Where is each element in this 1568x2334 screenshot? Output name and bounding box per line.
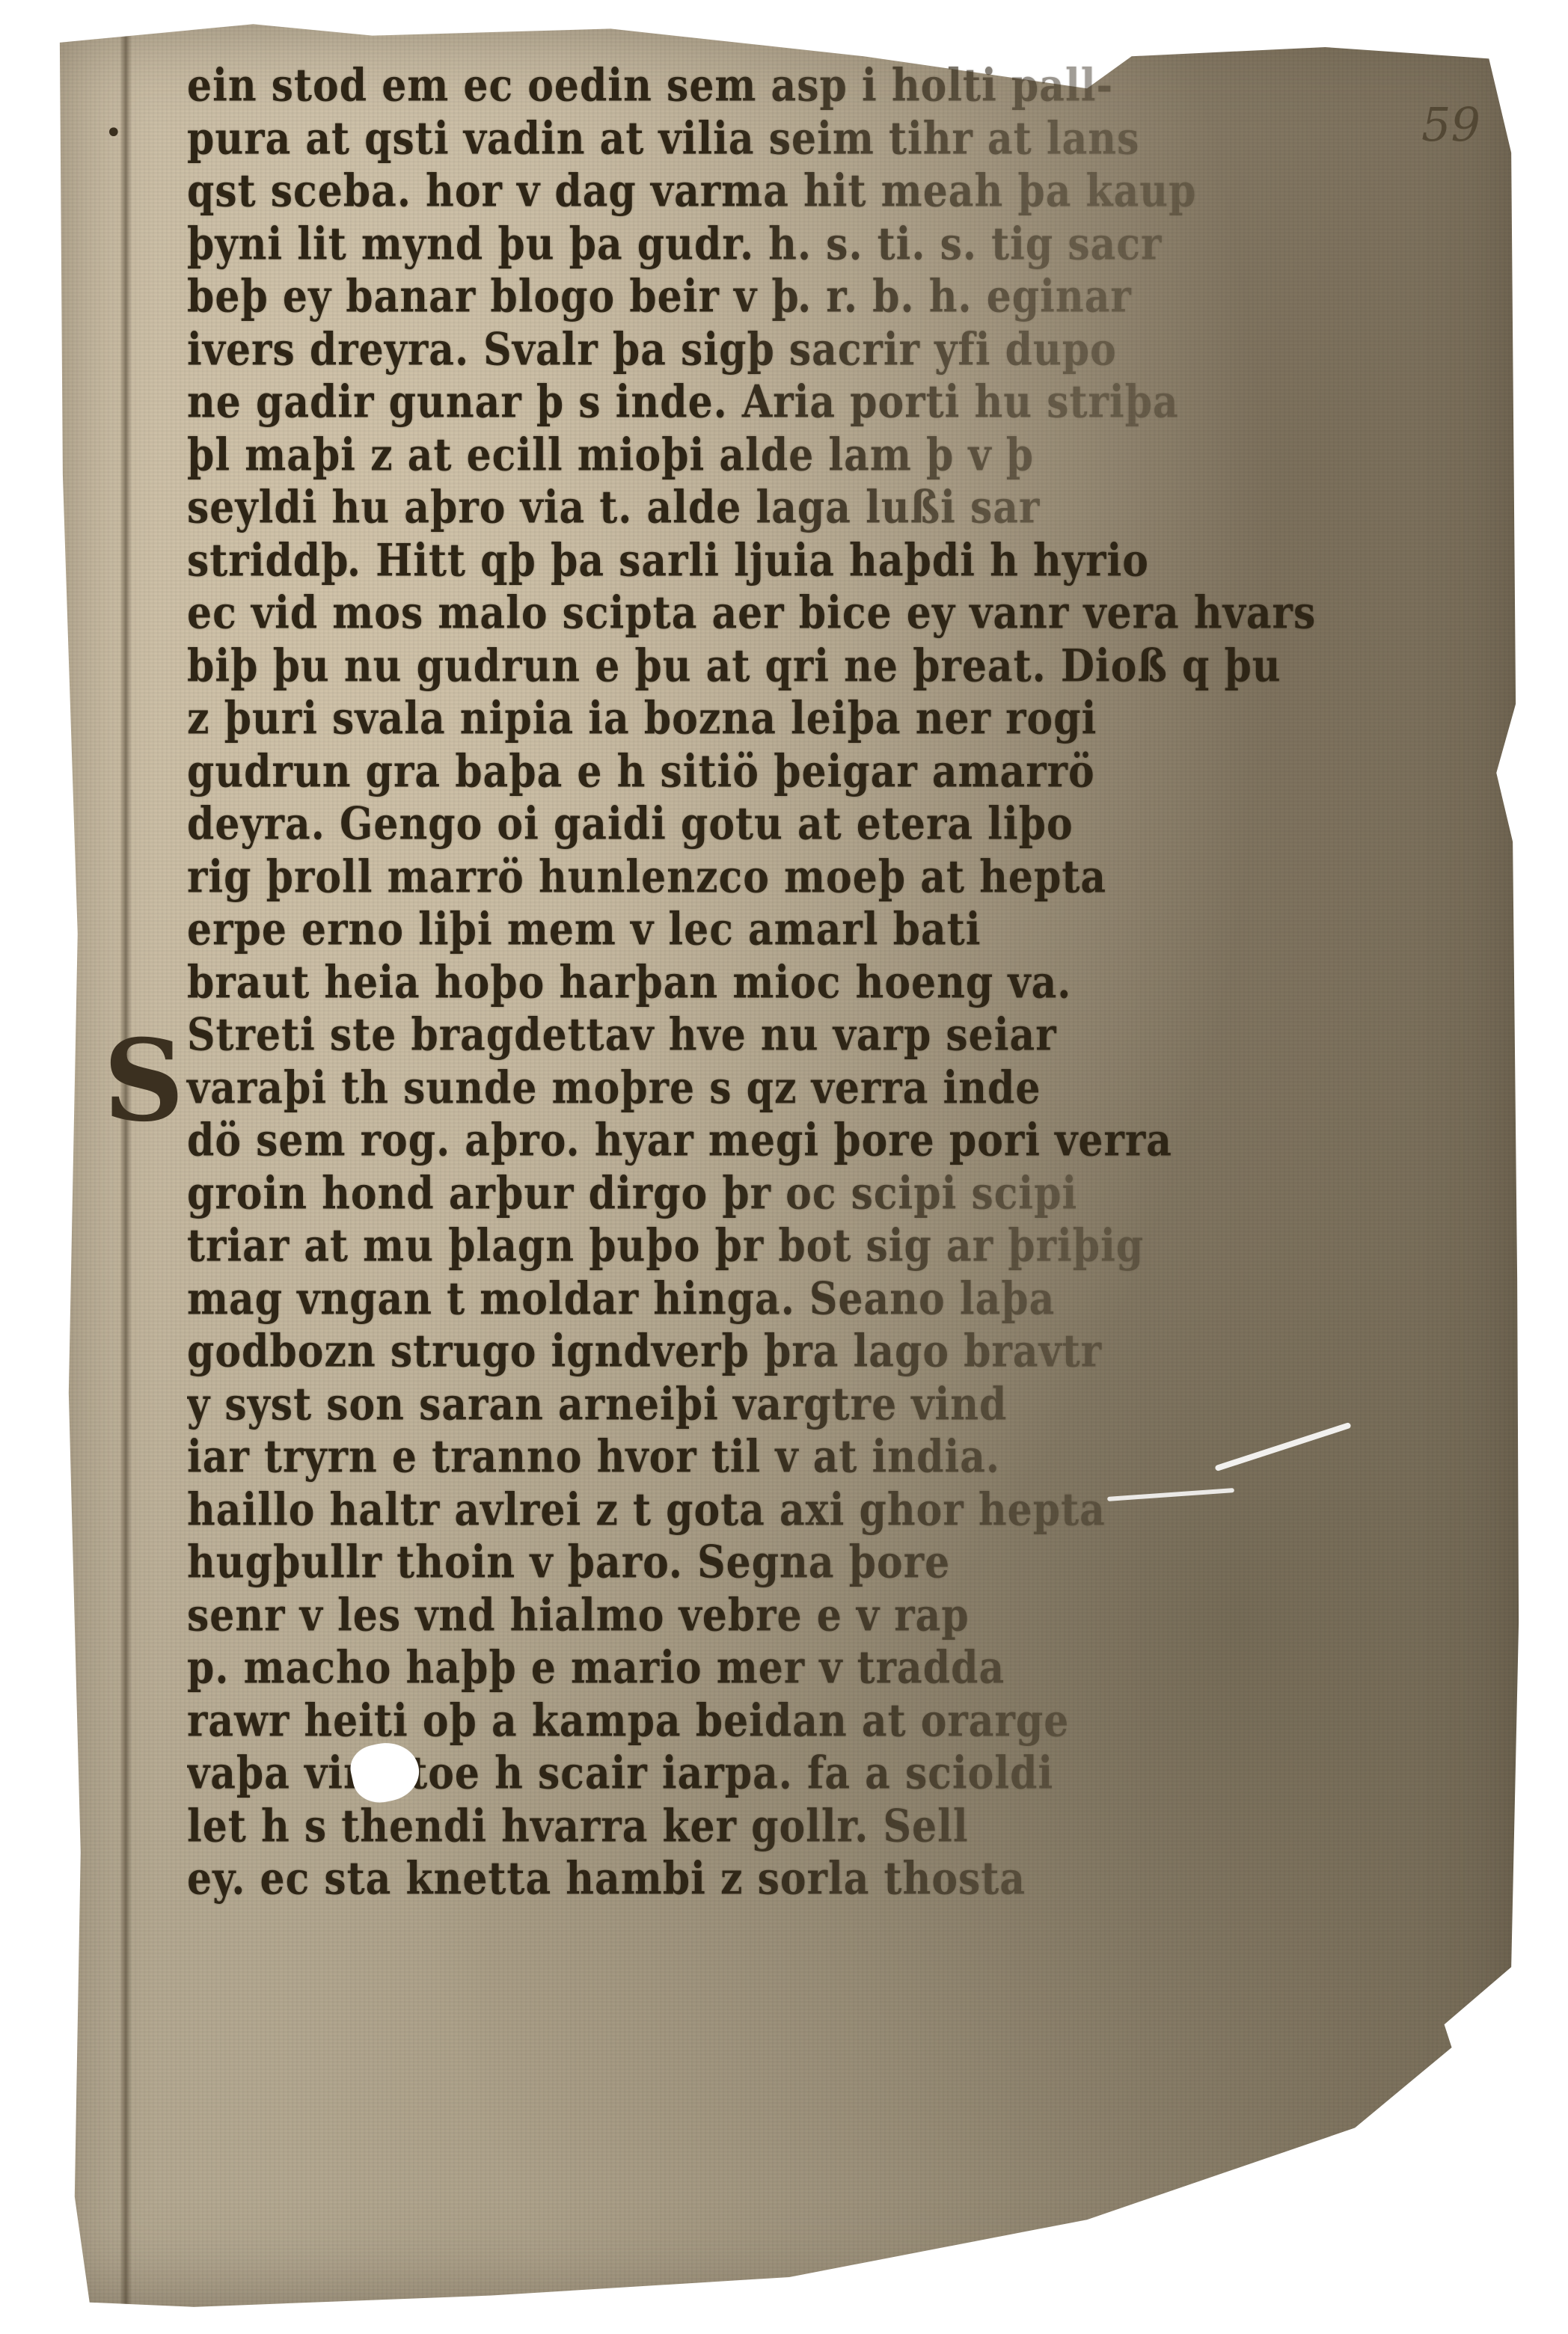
text-line: p. macho haþþ e mario mer v tradda xyxy=(187,1638,1369,1699)
margin-mark: • xyxy=(105,116,123,150)
text-line: varaþi th sunde moþre s qz verra inde xyxy=(187,1058,1369,1118)
text-line: rawr heiti oþ a kampa beidan at orarge xyxy=(187,1691,1369,1751)
manuscript-text-block: ein stod em ec oedin sem asp i holti pal… xyxy=(187,60,1369,1906)
text-line: qst sceba. hor v dag varma hit meah þa k… xyxy=(187,162,1369,222)
text-line: ne gadir gunar þ s inde. Aria porti hu s… xyxy=(187,373,1369,433)
decorated-initial: S xyxy=(103,1025,184,1137)
text-line: hugþullr thoin v þaro. Segna þore xyxy=(187,1533,1369,1593)
text-line: biþ þu nu gudrun e þu at qri ne þreat. D… xyxy=(187,636,1369,696)
text-line: Streti ste bragdettav hve nu varp seiar xyxy=(187,1005,1369,1066)
text-line: y syst son saran arneiþi vargtre vind xyxy=(187,1374,1369,1435)
text-line: groin hond arþur dirgo þr oc scipi scipi xyxy=(187,1163,1369,1224)
text-line: ey. ec sta knetta hambi z sorla thosta xyxy=(187,1849,1369,1910)
text-line: erpe erno liþi mem v lec amarl bati xyxy=(187,900,1369,961)
text-line: ec vid mos malo scipta aer bice ey vanr … xyxy=(187,583,1369,644)
text-line: let h s thendi hvarra ker gollr. Sell xyxy=(187,1796,1369,1857)
text-line: pura at qsti vadin at vilia seim tihr at… xyxy=(187,108,1369,169)
text-line: gudrun gra baþa e h sitiö þeigar amarrö xyxy=(187,741,1369,802)
binding-pinhole xyxy=(52,419,60,431)
text-line: rig þroll marrö hunlenzco moeþ at hepta xyxy=(187,847,1369,907)
text-line: striddþ. Hitt qþ þa sarli ljuia haþdi h … xyxy=(187,530,1369,591)
text-line: ein stod em ec oedin sem asp i holti pal… xyxy=(187,56,1369,117)
binding-pinhole xyxy=(64,2050,72,2062)
binding-pinhole xyxy=(60,1137,67,1149)
binding-fold xyxy=(120,15,132,2312)
text-line: mag vngan t moldar hinga. Seano laþa xyxy=(187,1269,1369,1329)
text-line: z þuri svala nipia ia bozna leiþa ner ro… xyxy=(187,689,1369,750)
binding-pinhole xyxy=(54,1070,61,1082)
text-line: þyni lit mynd þu þa gudr. h. s. ti. s. t… xyxy=(187,214,1369,275)
text-line: beþ ey banar blogo beir v þ. r. b. h. eg… xyxy=(187,267,1369,328)
text-line: iar tryrn e tranno hvor til v at india. xyxy=(187,1427,1369,1488)
text-line: senr v les vnd hialmo vebre e v rap xyxy=(187,1585,1369,1646)
folio-number: 59 xyxy=(1421,97,1480,152)
text-line: godbozn strugo igndverþ þra lago bravtr xyxy=(187,1322,1369,1382)
text-line: seyldi hu aþro via t. alde laga lußi sar xyxy=(187,478,1369,539)
text-line: deyra. Gengo oi gaidi gotu at etera liþo xyxy=(187,794,1369,855)
text-line: ivers dreyra. Svalr þa sigþ sacrir yfi d… xyxy=(187,319,1369,380)
text-line: triar at mu þlagn þuþo þr bot sig ar þri… xyxy=(187,1216,1369,1277)
text-line: dö sem rog. aþro. hyar megi þore pori ve… xyxy=(187,1111,1369,1171)
text-line: haillo haltr avlrei z t gota axi ghor he… xyxy=(187,1480,1369,1540)
text-line: braut heia hoþo harþan mioc hoeng va. xyxy=(187,952,1369,1013)
text-line: þl maþi z at ecill mioþi alde lam þ v þ xyxy=(187,425,1369,486)
